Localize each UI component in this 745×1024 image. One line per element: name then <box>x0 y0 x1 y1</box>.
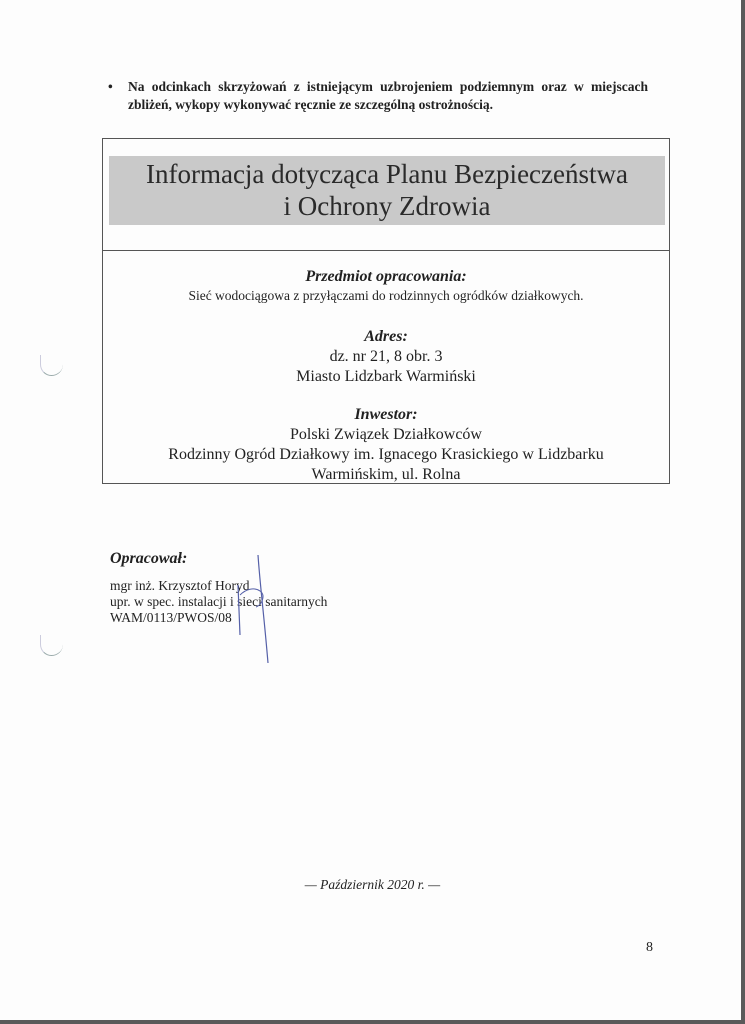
page-edge <box>0 1020 745 1024</box>
subject-heading: Przedmiot opracowania: <box>103 267 669 287</box>
divider <box>103 250 669 251</box>
investor-line: Warmińskim, ul. Rolna <box>103 465 669 485</box>
bullet-text: Na odcinkach skrzyżowań z istniejącym uz… <box>128 79 648 112</box>
address-heading: Adres: <box>103 327 669 347</box>
document-date: — Październik 2020 r. — <box>0 877 745 893</box>
investor-line: Rodzinny Ogród Działkowy im. Ignacego Kr… <box>103 445 669 465</box>
address-section: Adres: dz. nr 21, 8 obr. 3 Miasto Lidzba… <box>103 327 669 387</box>
signature-icon <box>220 555 280 665</box>
subject-text: Sieć wodociągowa z przyłączami do rodzin… <box>103 287 669 305</box>
address-line: dz. nr 21, 8 obr. 3 <box>103 347 669 367</box>
title-line: i Ochrony Zdrowia <box>109 190 665 222</box>
title-line: Informacja dotycząca Planu Bezpieczeństw… <box>109 158 665 190</box>
page-edge <box>741 0 745 1024</box>
bullet-icon: • <box>108 78 113 96</box>
author-name: mgr inż. Krzysztof Horyd <box>110 578 327 594</box>
info-box: Informacja dotycząca Planu Bezpieczeństw… <box>102 138 670 484</box>
bullet-item: • Na odcinkach skrzyżowań z istniejącym … <box>128 78 648 114</box>
punch-hole <box>40 355 63 376</box>
subject-section: Przedmiot opracowania: Sieć wodociągowa … <box>103 267 669 305</box>
title-banner: Informacja dotycząca Planu Bezpieczeństw… <box>109 156 665 225</box>
author-license: WAM/0113/PWOS/08 <box>110 610 327 626</box>
page-number: 8 <box>646 940 653 956</box>
address-line: Miasto Lidzbark Warmiński <box>103 367 669 387</box>
investor-line: Polski Związek Działkowców <box>103 425 669 445</box>
author-heading: Opracował: <box>110 550 327 568</box>
investor-heading: Inwestor: <box>103 405 669 425</box>
investor-section: Inwestor: Polski Związek Działkowców Rod… <box>103 405 669 485</box>
author-block: Opracował: mgr inż. Krzysztof Horyd upr.… <box>110 550 327 626</box>
punch-hole <box>40 635 63 656</box>
author-qualification: upr. w spec. instalacji i sieci sanitarn… <box>110 594 327 610</box>
